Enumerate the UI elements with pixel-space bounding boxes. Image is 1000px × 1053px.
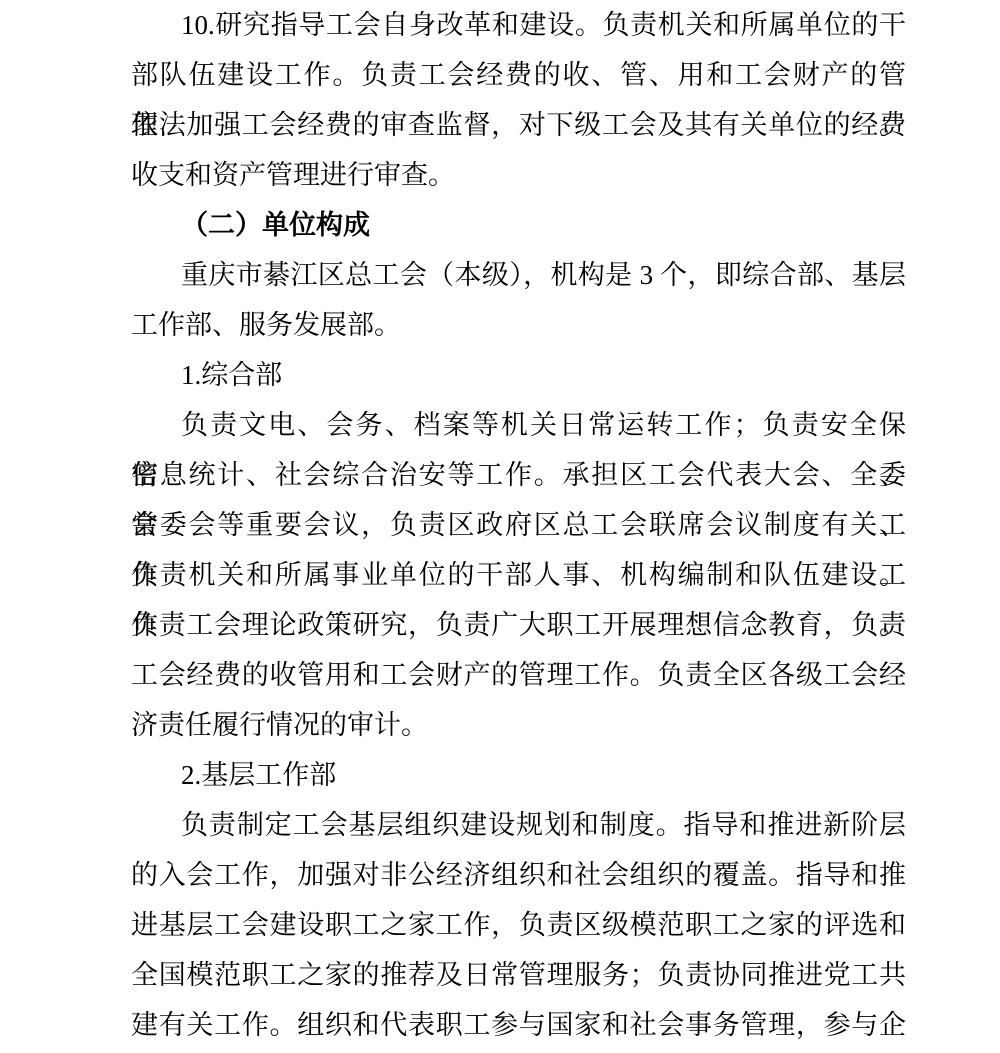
document-page: 10.研究指导工会自身改革和建设。负责机关和所属单位的干 部队伍建设工作。负责工… <box>0 0 1000 1053</box>
paragraph-line: 工会经费的收管用和工会财产的管理工作。负责全区各级工会经 <box>131 650 906 700</box>
paragraph-line: 负责机关和所属事业单位的干部人事、机构编制和队伍建设工作。 <box>131 550 906 600</box>
paragraph-line: 常委会等重要会议，负责区政府区总工会联席会议制度有关工作。 <box>131 500 906 550</box>
paragraph-line: 工作部、服务发展部。 <box>131 300 906 350</box>
paragraph-line: 济责任履行情况的审计。 <box>131 700 906 750</box>
paragraph-line: 负责制定工会基层组织建设规划和制度。指导和推进新阶层 <box>131 800 906 850</box>
paragraph-line: 进基层工会建设职工之家工作，负责区级模范职工之家的评选和 <box>131 900 906 950</box>
paragraph-line: 部队伍建设工作。负责工会经费的收、管、用和工会财产的管理。 <box>131 50 906 100</box>
paragraph-line: 负责文电、会务、档案等机关日常运转工作；负责安全保密、 <box>131 400 906 450</box>
paragraph-line: 依法加强工会经费的审查监督，对下级工会及其有关单位的经费 <box>131 100 906 150</box>
subsection-heading-2: 2.基层工作部 <box>131 750 906 800</box>
paragraph-line: 全国模范职工之家的推荐及日常管理服务；负责协同推进党工共 <box>131 950 906 1000</box>
paragraph-line: 重庆市綦江区总工会（本级），机构是 3 个，即综合部、基层 <box>131 250 906 300</box>
paragraph-line: 的入会工作，加强对非公经济组织和社会组织的覆盖。指导和推 <box>131 850 906 900</box>
paragraph-line: 建有关工作。组织和代表职工参与国家和社会事务管理，参与企 <box>131 1000 906 1050</box>
paragraph-line: 信息统计、社会综合治安等工作。承担区工会代表大会、全委会、 <box>131 450 906 500</box>
subsection-heading-1: 1.综合部 <box>131 350 906 400</box>
paragraph-line: 收支和资产管理进行审查。 <box>131 150 906 200</box>
paragraph-line: 负责工会理论政策研究，负责广大职工开展理想信念教育，负责 <box>131 600 906 650</box>
paragraph-line: 10.研究指导工会自身改革和建设。负责机关和所属单位的干 <box>131 0 906 50</box>
section-heading: （二）单位构成 <box>131 200 906 250</box>
